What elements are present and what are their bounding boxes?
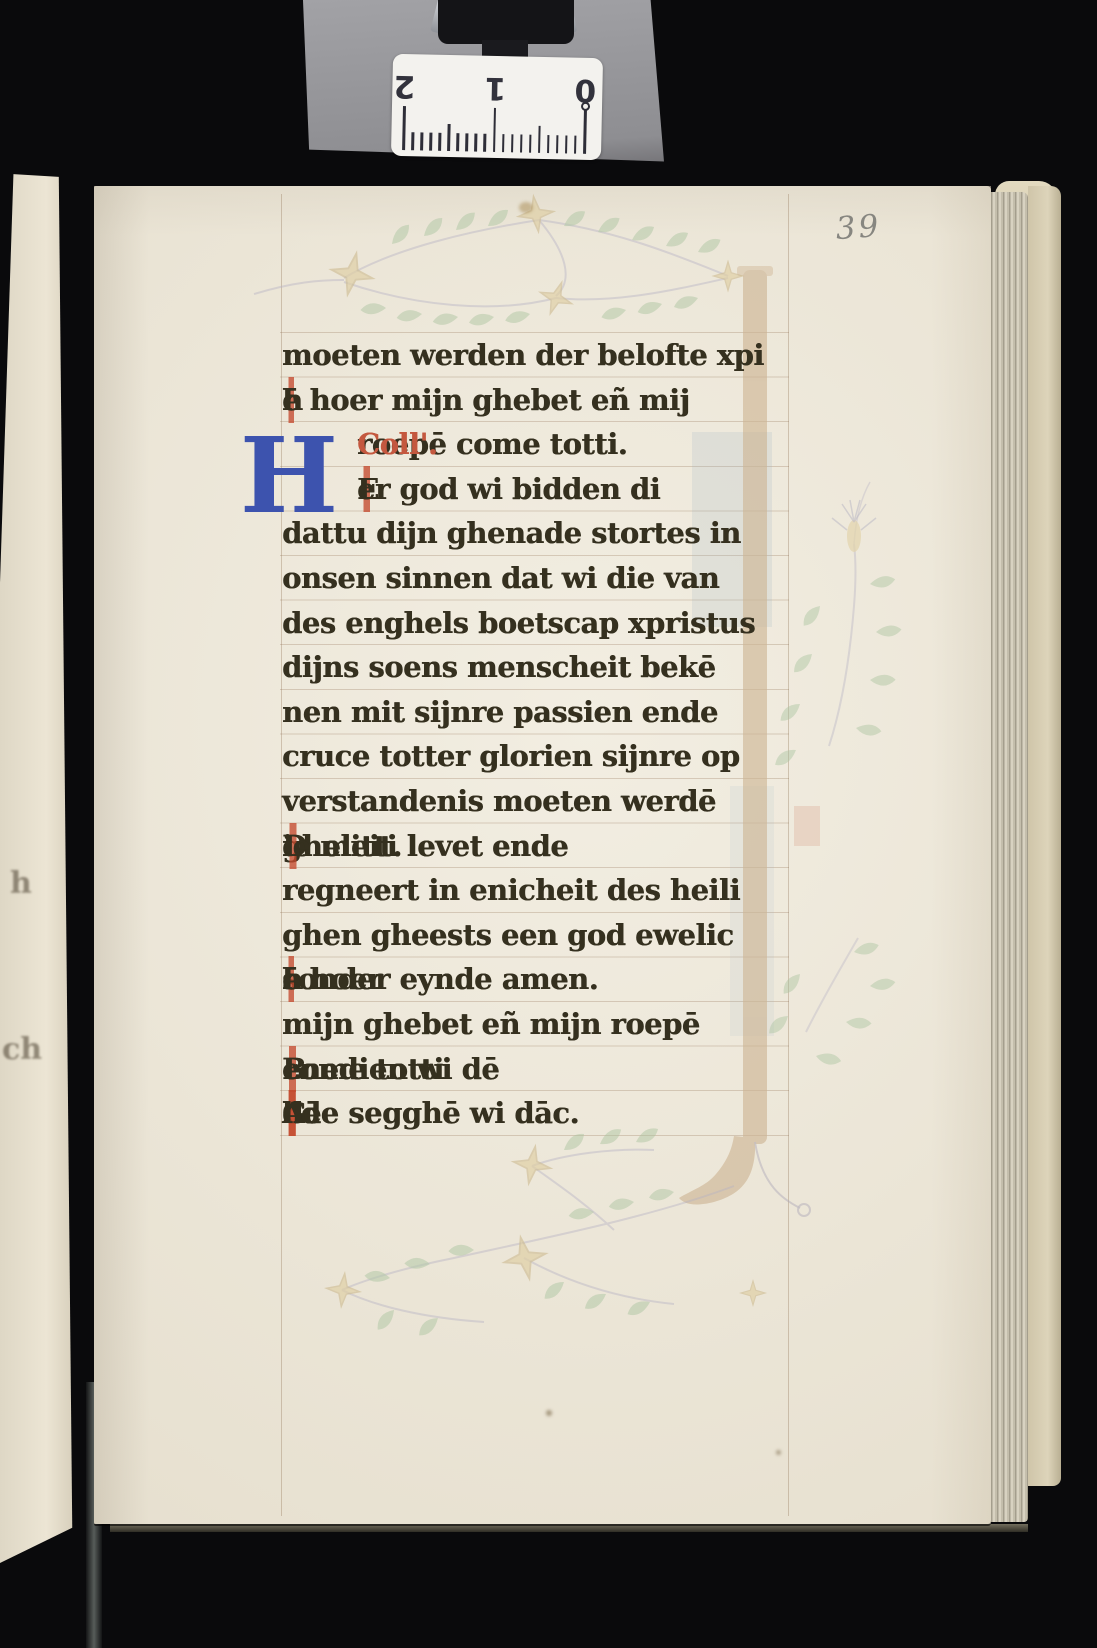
text-line: mijn ghebet eñ mijn roepē: [282, 1001, 760, 1046]
facing-page-edge: h ch: [0, 160, 84, 1570]
ruler: 210: [391, 54, 603, 160]
text-line: moeten werden der belofte xpi: [282, 332, 760, 377]
text-line: sonder eynde amen. hē hoer: [282, 956, 760, 1001]
stain: [776, 1450, 781, 1455]
ruler-tick: [474, 134, 477, 152]
ruler-label: 0: [572, 70, 599, 109]
ruler-label: 1: [482, 68, 509, 107]
ruler-tick: [574, 136, 577, 154]
text-line: gheleit. Die mitti levet ende: [282, 823, 760, 868]
book-cover-edge: [1028, 186, 1061, 1486]
ruler-ticks: 210: [391, 54, 603, 160]
page-number: 39: [835, 205, 928, 255]
ruler-tick: [511, 134, 514, 152]
stain: [519, 202, 533, 213]
text-line: des enghels boetscap xpristus: [282, 600, 760, 645]
text-line: ghen gheests een god ewelic: [282, 912, 760, 957]
ruler-tick: [420, 132, 423, 150]
ruler-tick: [529, 135, 532, 153]
ruler-tick: [547, 135, 550, 153]
bleed-through-text: ch: [2, 1032, 42, 1067]
ruler-tick: [502, 134, 505, 152]
ruler-tick: [493, 108, 496, 152]
text-line: cruce totter glorien sijnre op: [282, 733, 760, 778]
text-block: moeten werden der belofte xpihē hoer mij…: [282, 332, 760, 1135]
book-bottom-edge: [110, 1524, 1028, 1532]
text-line: hē hoer mijn ghebet eñ mij: [282, 377, 760, 422]
ruler-tick: [565, 135, 568, 153]
ruler-tick: [429, 133, 432, 151]
ruler-tick: [556, 135, 559, 153]
bleed-through-text: h: [10, 866, 32, 901]
ruler-tick: [411, 132, 414, 150]
ruler-tick: [447, 124, 450, 151]
stain: [546, 1410, 552, 1416]
text-line: nen mit sijnre passien ende: [282, 689, 760, 734]
text-line: dattu dijn ghenade stortes in: [282, 510, 760, 555]
text-line: onsen sinnen dat wi die van: [282, 555, 760, 600]
ruler-tick: [456, 133, 459, 151]
text-line: Eer god wi bidden di: [357, 466, 760, 511]
text-line: verstandenis moeten werdē: [282, 778, 760, 823]
ruler-label: 2: [391, 66, 418, 105]
book-fore-edge: [991, 192, 1028, 1522]
text-line: regneert in enicheit des heili: [282, 867, 760, 912]
ruler-tick: [402, 106, 405, 150]
text-line: hē Gode segghē wi dāc. Alle: [282, 1090, 760, 1135]
ruler-tick: [438, 133, 441, 151]
ruler-tick: [465, 133, 468, 151]
ruler-tick: [520, 134, 523, 152]
ruler-tick: [538, 126, 541, 153]
manuscript-page: 39 H moeten werden der belofte xpihē hoe…: [94, 186, 991, 1524]
ruler-tick: [583, 110, 586, 154]
manuscript-photo: h ch: [0, 0, 1097, 1648]
text-line: dijns soens menscheit bekē: [282, 644, 760, 689]
ruler-tick: [483, 134, 486, 152]
clip-body: [438, 0, 574, 44]
text-line: roepē come totti. Coll'.: [357, 421, 760, 466]
text-line: come totti Benedien wi dē: [282, 1046, 760, 1091]
